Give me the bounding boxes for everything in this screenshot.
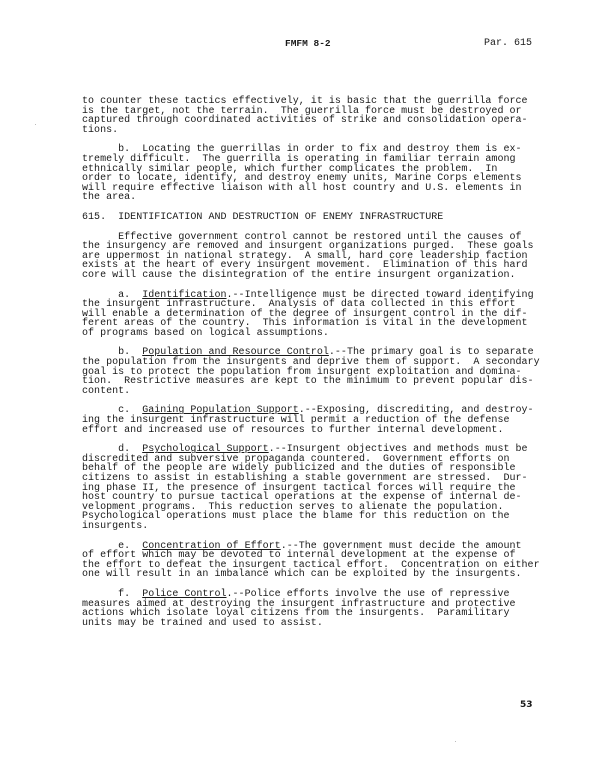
text-line: tion. Restrictive measures are kept to t… bbox=[82, 377, 542, 387]
subparagraph-identification: a. Identification.--Intelligence must be… bbox=[82, 291, 542, 339]
paragraph-b-locating: b. Locating the guerrillas in order to f… bbox=[82, 145, 542, 203]
section-title: 615. IDENTIFICATION AND DESTRUCTION OF E… bbox=[82, 213, 542, 223]
text-line: core will cause the disintegration of th… bbox=[82, 271, 542, 281]
text-line: one will result in an imbalance which ca… bbox=[82, 570, 542, 580]
text-line: will require effective liaison with all … bbox=[82, 184, 542, 194]
text-line: units may be trained and used to assist. bbox=[82, 619, 542, 629]
subparagraph-population-and-resource-control: b. Population and Resource Control.--The… bbox=[82, 348, 542, 396]
document-id: FMFM 8-2 bbox=[285, 38, 331, 49]
subparagraph-psychological-support: d. Psychological Support.--Insurgent obj… bbox=[82, 445, 542, 531]
section-intro: Effective government control cannot be r… bbox=[82, 233, 542, 281]
body-text: to counter these tactics effectively, it… bbox=[82, 97, 542, 638]
document-page: FMFM 8-2 Par. 615 to counter these tacti… bbox=[0, 0, 601, 779]
subparagraph-police-control: f. Police Control.--Police efforts invol… bbox=[82, 590, 542, 628]
paragraph-reference: Par. 615 bbox=[484, 38, 532, 49]
subparagraph-concentration-of-effort: e. Concentration of Effort.--The governm… bbox=[82, 542, 542, 580]
text-line: content. bbox=[82, 387, 542, 397]
text-line: tions. bbox=[82, 126, 542, 136]
text-line: Psychological operations must place the … bbox=[82, 512, 542, 522]
subparagraph-list: a. Identification.--Intelligence must be… bbox=[82, 291, 542, 629]
text-line: of programs based on logical assumptions… bbox=[82, 329, 542, 339]
continuation-paragraph: to counter these tactics effectively, it… bbox=[82, 97, 542, 135]
text-line: effort and increased use of resources to… bbox=[82, 426, 542, 436]
text-line: insurgents. bbox=[82, 522, 542, 532]
section-heading: 615. IDENTIFICATION AND DESTRUCTION OF E… bbox=[82, 213, 542, 223]
scan-speck bbox=[35, 124, 36, 125]
scan-speck bbox=[455, 741, 456, 742]
subparagraph-gaining-population-support: c. Gaining Population Support.--Exposing… bbox=[82, 406, 542, 435]
text-line: captured through coordinated activities … bbox=[82, 116, 542, 126]
page-number: 53 bbox=[520, 700, 533, 710]
text-line: the area. bbox=[82, 193, 542, 203]
